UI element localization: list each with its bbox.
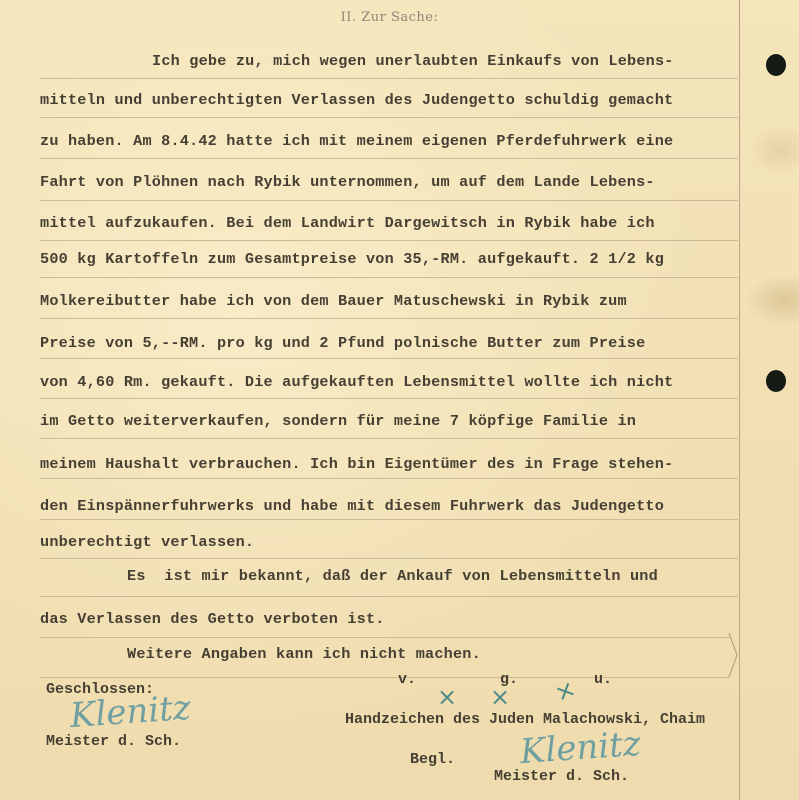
- ruled-line: [40, 240, 738, 241]
- ruled-line: [40, 318, 738, 319]
- vgu-label-u: u.: [594, 671, 612, 688]
- ruled-line: [40, 637, 730, 638]
- body-line: den Einspännerfuhrwerks und habe mit die…: [40, 497, 664, 515]
- body-line: von 4,60 Rm. gekauft. Die aufgekauften L…: [40, 373, 673, 391]
- body-line: meinem Haushalt verbrauchen. Ich bin Eig…: [40, 455, 673, 473]
- certified-label: Begl.: [410, 751, 455, 768]
- section-heading: II. Zur Sache:: [0, 10, 799, 25]
- body-line: im Getto weiterverkaufen, sondern für me…: [40, 412, 636, 430]
- body-line: Ich gebe zu, mich wegen unerlaubten Eink…: [152, 52, 674, 70]
- right-signature: Klenitz: [519, 724, 642, 772]
- ruled-line: [40, 558, 738, 559]
- body-line: Weitere Angaben kann ich nicht machen.: [127, 645, 481, 663]
- left-signature: Klenitz: [69, 688, 192, 736]
- ruled-line: [40, 78, 738, 79]
- body-line: unberechtigt verlassen.: [40, 533, 254, 551]
- handzeichen-line: Handzeichen des Juden Malachowski, Chaim: [345, 711, 705, 728]
- ruled-line: [40, 478, 738, 479]
- ruled-line: [40, 596, 738, 597]
- body-line: Fahrt von Plöhnen nach Rybik unternommen…: [40, 173, 655, 191]
- ruled-line: [40, 398, 738, 399]
- body-line: mitteln und unberechtigten Verlassen des…: [40, 91, 673, 109]
- ruled-line: [40, 519, 738, 520]
- body-line: 500 kg Kartoffeln zum Gesamtpreise von 3…: [40, 250, 664, 268]
- body-line: das Verlassen des Getto verboten ist.: [40, 610, 385, 628]
- cross-mark-icon: ×: [437, 683, 457, 711]
- punch-hole-icon: [766, 54, 786, 76]
- ruled-line: [40, 358, 738, 359]
- closing-bracket-icon: [727, 633, 739, 677]
- body-line: Preise von 5,--RM. pro kg und 2 Pfund po…: [40, 334, 645, 352]
- ruled-line: [40, 277, 738, 278]
- ruled-line: [40, 438, 738, 439]
- left-title: Meister d. Sch.: [46, 733, 181, 750]
- body-line: mittel aufzukaufen. Bei dem Landwirt Dar…: [40, 214, 655, 232]
- ruled-line: [40, 200, 738, 201]
- cross-mark-icon: ×: [490, 683, 510, 711]
- body-line: Molkereibutter habe ich von dem Bauer Ma…: [40, 292, 627, 310]
- ruled-line: [40, 117, 738, 118]
- ruled-line: [40, 158, 738, 159]
- vgu-label-v: v.: [398, 671, 416, 688]
- body-line: zu haben. Am 8.4.42 hatte ich mit meinem…: [40, 132, 673, 150]
- margin-line: [739, 0, 740, 800]
- ruled-line: [40, 677, 730, 678]
- body-line: Es ist mir bekannt, daß der Ankauf von L…: [127, 567, 658, 585]
- right-title: Meister d. Sch.: [494, 768, 629, 785]
- punch-hole-icon: [766, 370, 786, 392]
